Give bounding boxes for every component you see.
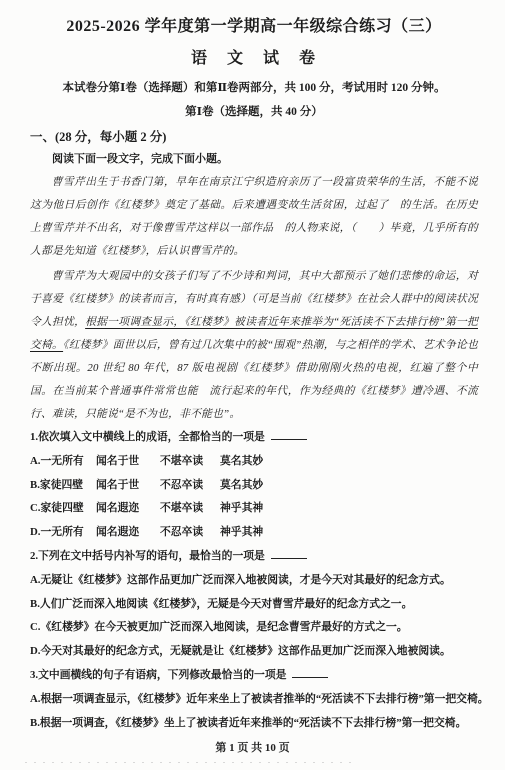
question-2-stem: 2.下列在文中括号内补写的语句，最恰当的一项是 [30, 545, 478, 569]
scan-artifact-line [25, 762, 355, 763]
question-2-option-c: C.《红楼梦》在今天被更加广泛而深入地阅读，是纪念曹雪芹最好的方式之一。 [30, 616, 478, 640]
page-number: 第 1 页 共 10 页 [0, 739, 505, 755]
option-cell: 闻名遐迩 [96, 497, 160, 521]
option-cell: 闻名于世 [96, 450, 160, 474]
page-title: 2025-2026 学年度第一学期高一年级综合练习（三） [30, 16, 478, 38]
answer-blank [292, 668, 328, 678]
stem-text: 2.下列在文中括号内补写的语句，最恰当的一项是 [30, 550, 265, 562]
question-2-option-b: B.人们广泛而深入地阅读《红楼梦》，无疑是今天对曹雪芹最好的纪念方式之一。 [30, 593, 478, 617]
option-cell: B.家徒四壁 [30, 474, 96, 498]
section-one-heading: 一、(28 分，每小题 2 分) [30, 128, 478, 146]
stem-text: 3.文中画横线的句子有语病，下列修改最恰当的一项是 [30, 669, 286, 681]
question-1-option-d: D.一无所有闻名遐迩不忍卒读神乎其神 [30, 521, 478, 545]
option-cell: 莫名其妙 [220, 474, 263, 498]
reading-instruction: 阅读下面一段文字，完成下面小题。 [30, 148, 478, 171]
answer-blank [271, 430, 307, 440]
option-cell: 不忍卒读 [160, 474, 220, 498]
passage-paragraph-1: 曹雪芹出生于书香门第，早年在南京江宁织造府亲历了一段富贵荣华的生活，不能不说这为… [30, 171, 478, 263]
question-1-option-a: A.一无所有闻名于世不堪卒读莫名其妙 [30, 450, 478, 474]
option-cell: 莫名其妙 [220, 450, 263, 474]
question-2: 2.下列在文中括号内补写的语句，最恰当的一项是 A.无疑让《红楼梦》这部作品更加… [30, 545, 478, 664]
question-1-stem: 1.依次填入文中横线上的成语，全都恰当的一项是 [30, 426, 478, 450]
option-cell: 神乎其神 [220, 497, 263, 521]
question-1-option-c: C.家徒四壁闻名遐迩不堪卒读神乎其神 [30, 497, 478, 521]
subject-title: 语 文 试 卷 [30, 48, 478, 70]
option-cell: A.一无所有 [30, 450, 96, 474]
question-2-option-a: A.无疑让《红楼梦》这部作品更加广泛而深入地被阅读，才是今天对其最好的纪念方式。 [30, 569, 478, 593]
option-cell: 闻名于世 [96, 474, 160, 498]
exam-info: 本试卷分第Ⅰ卷（选择题）和第Ⅱ卷两部分，共 100 分，考试用时 120 分钟。 [30, 80, 478, 97]
question-3-option-b: B.根据一项调查，《红楼梦》坐上了被读者近年来推举的“死活读不下去排行榜”第一把… [30, 712, 478, 736]
option-cell: 不堪卒读 [160, 450, 220, 474]
question-3: 3.文中画横线的句子有语病，下列修改最恰当的一项是 A.根据一项调查显示，《红楼… [30, 664, 478, 735]
passage-paragraph-2: 曹雪芹为大观园中的女孩子们写了不少诗和判词，其中大都预示了她们悲惨的命运，对于喜… [30, 265, 478, 426]
stem-text: 1.依次填入文中横线上的成语，全都恰当的一项是 [30, 431, 265, 443]
passage-text: 《红楼梦》面世以后，曾有过几次集中的被“围观”热潮，与之相伴的学术、艺术争论也不… [30, 339, 478, 420]
option-cell: 闻名遐迩 [96, 521, 160, 545]
option-cell: 不堪卒读 [160, 497, 220, 521]
question-1: 1.依次填入文中横线上的成语，全都恰当的一项是 A.一无所有闻名于世不堪卒读莫名… [30, 426, 478, 545]
question-3-stem: 3.文中画横线的句子有语病，下列修改最恰当的一项是 [30, 664, 478, 688]
option-cell: 不忍卒读 [160, 521, 220, 545]
question-2-option-d: D.今天对其最好的纪念方式，无疑就是让《红楼梦》这部作品更加广泛而深入地被阅读。 [30, 640, 478, 664]
question-3-option-a: A.根据一项调查显示，《红楼梦》近年来坐上了被读者推举的“死活读不下去排行榜”第… [30, 688, 478, 712]
answer-blank [271, 549, 307, 559]
part-one-heading: 第Ⅰ卷（选择题，共 40 分） [30, 104, 478, 121]
question-1-option-b: B.家徒四壁闻名于世不忍卒读莫名其妙 [30, 474, 478, 498]
option-cell: C.家徒四壁 [30, 497, 96, 521]
exam-page: 2025-2026 学年度第一学期高一年级综合练习（三） 语 文 试 卷 本试卷… [0, 0, 505, 770]
option-cell: D.一无所有 [30, 521, 96, 545]
option-cell: 神乎其神 [220, 521, 263, 545]
